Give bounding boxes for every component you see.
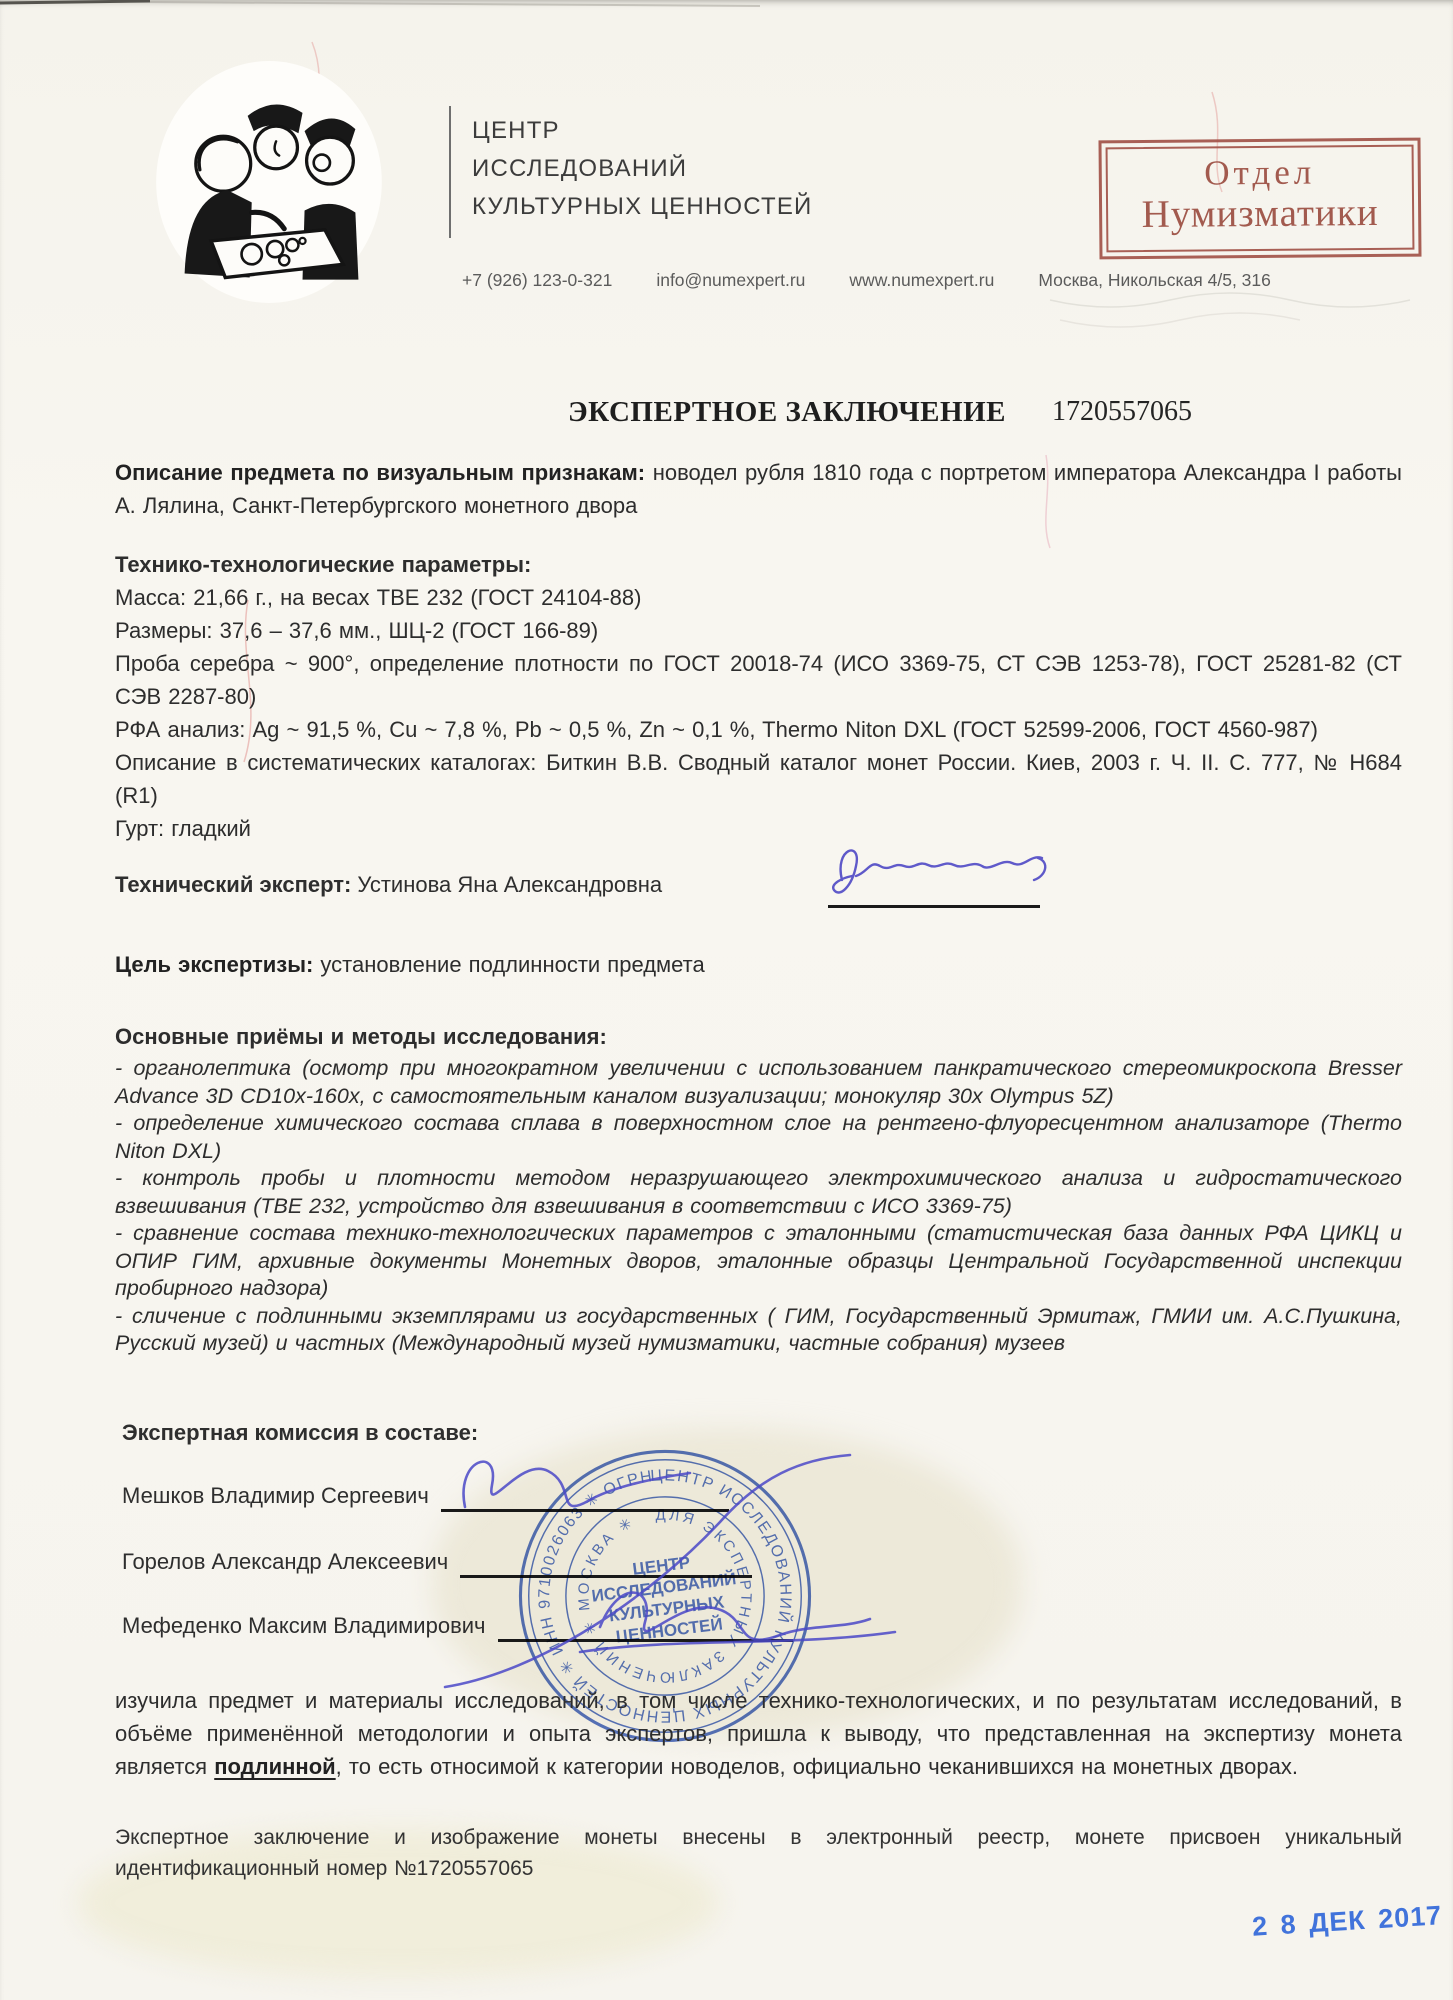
document-page: ЦЕНТР ИССЛЕДОВАНИЙ КУЛЬТУРНЫХ ЦЕННОСТЕЙ …: [0, 0, 1453, 2000]
org-name: ЦЕНТР ИССЛЕДОВАНИЙ КУЛЬТУРНЫХ ЦЕННОСТЕЙ: [472, 112, 813, 226]
purpose-label: Цель экспертизы:: [115, 952, 313, 977]
technical-expert-line: Технический эксперт:Устинова Яна Алексан…: [115, 872, 662, 898]
contact-info: +7 (926) 123-0-321 info@numexpert.ru www…: [462, 270, 1271, 291]
tech-params-heading: Технико-технологические параметры:: [115, 548, 1402, 581]
title-label: ЭКСПЕРТНОЕ ЗАКЛЮЧЕНИЕ: [568, 396, 1006, 429]
purpose-text: установление подлинности предмета: [313, 952, 704, 977]
method-item: - контроль пробы и плотности методом нер…: [115, 1165, 1402, 1220]
registry-note: Экспертное заключение и изображение моне…: [115, 1822, 1402, 1884]
tech-params-section: Технико-технологические параметры: Масса…: [115, 548, 1402, 845]
description-label: Описание предмета по визуальным признака…: [115, 460, 645, 485]
method-item: - сличение с подлинными экземплярами из …: [115, 1303, 1402, 1358]
methods-section: Основные приёмы и методы исследования: -…: [115, 1020, 1402, 1358]
org-name-line: ЦЕНТР: [472, 112, 813, 150]
stamp-inner-border: Отдел Нумизматики: [1106, 145, 1415, 253]
technical-expert-label: Технический эксперт:: [115, 872, 351, 897]
tech-param-line: РФА анализ: Ag ~ 91,5 %, Cu ~ 7,8 %, Pb …: [115, 713, 1402, 746]
document-title: ЭКСПЕРТНОЕ ЗАКЛЮЧЕНИЕ 1720557065: [420, 396, 1340, 429]
tech-param-line: Размеры: 37,6 – 37,6 мм., ШЦ-2 (ГОСТ 166…: [115, 614, 1402, 647]
description-paragraph: Описание предмета по визуальным признака…: [115, 456, 1402, 522]
commission-heading: Экспертная комиссия в составе:: [122, 1420, 478, 1446]
technical-expert-name: Устинова Яна Александровна: [357, 872, 662, 897]
tech-param-line: Проба серебра ~ 900°, определение плотно…: [115, 647, 1402, 713]
methods-heading: Основные приёмы и методы исследования:: [115, 1020, 1402, 1053]
method-item: - сравнение состава технико-технологичес…: [115, 1220, 1402, 1303]
tech-param-line: Гурт: гладкий: [115, 812, 1402, 845]
expert-signature: [820, 832, 1060, 910]
org-name-line: ИССЛЕДОВАНИЙ: [472, 150, 813, 188]
conclusion-paragraph: изучила предмет и материалы исследований…: [115, 1684, 1402, 1783]
website-url: www.numexpert.ru: [849, 270, 994, 291]
conclusion-text: , то есть относимой к категории новодело…: [336, 1754, 1298, 1779]
method-item: - определение химического состава сплава…: [115, 1110, 1402, 1165]
conclusion-verdict: подлинной: [214, 1754, 335, 1779]
org-logo: [150, 58, 390, 306]
email-address: info@numexpert.ru: [656, 270, 805, 291]
header-divider: [449, 106, 451, 238]
document-number: 1720557065: [1052, 396, 1192, 429]
numismatics-department-stamp: Отдел Нумизматики: [1098, 138, 1421, 260]
stamp-text: Отдел: [1108, 152, 1412, 195]
numismatists-engraving-icon: [150, 58, 390, 306]
purpose-paragraph: Цель экспертизы: установление подлинност…: [115, 948, 1402, 981]
tech-param-line: Описание в систематических каталогах: Би…: [115, 746, 1402, 812]
stamp-text: Нумизматики: [1108, 190, 1412, 238]
org-name-line: КУЛЬТУРНЫХ ЦЕННОСТЕЙ: [472, 188, 813, 226]
method-item: - органолептика (осмотр при многократном…: [115, 1055, 1402, 1110]
tech-param-line: Масса: 21,66 г., на весах ТВЕ 232 (ГОСТ …: [115, 581, 1402, 614]
phone-number: +7 (926) 123-0-321: [462, 270, 612, 291]
postal-address: Москва, Никольская 4/5, 316: [1038, 270, 1271, 291]
